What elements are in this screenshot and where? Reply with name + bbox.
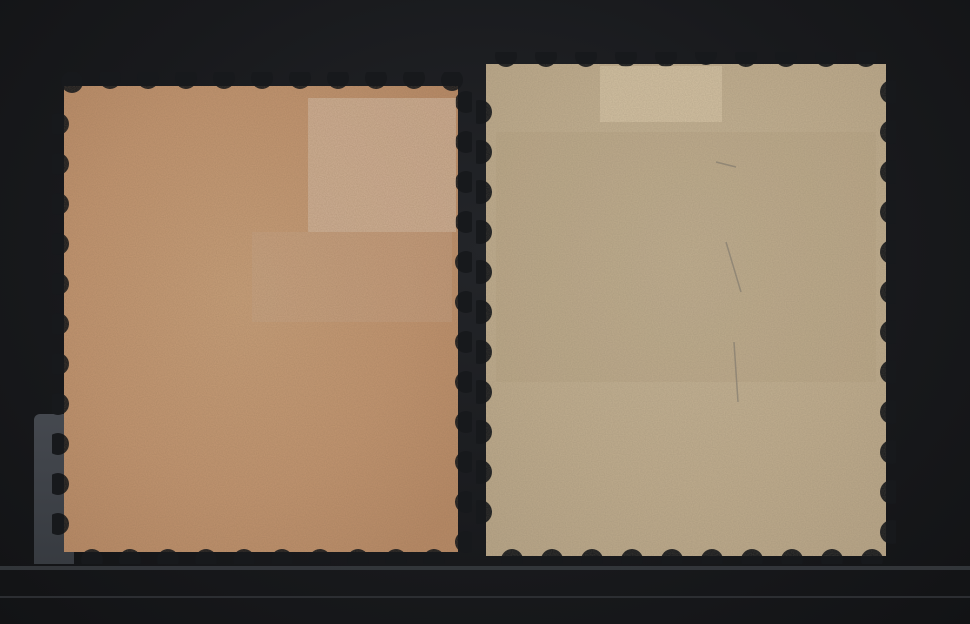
left-stamp-back: [52, 72, 472, 564]
mount-strip-line: [0, 596, 970, 598]
mount-strip-edge: [0, 566, 970, 570]
black-stockcard-background: [0, 0, 970, 624]
right-stamp-back: [476, 52, 896, 564]
